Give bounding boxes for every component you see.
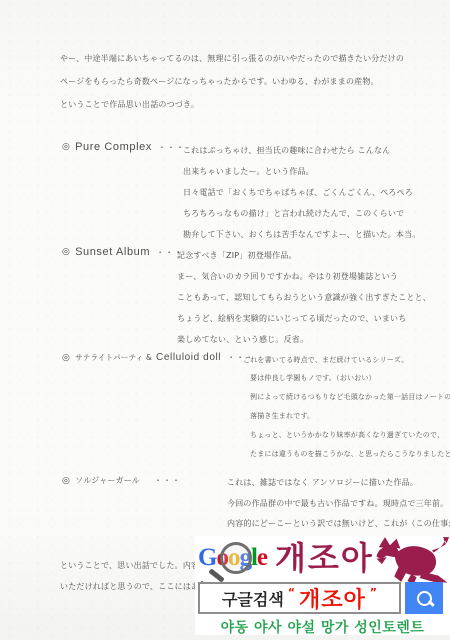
scanned-page: やー、中途半端にあいちゃってるのは、無理に引っ張るのがいやだったので描きたい分だ… [0, 0, 450, 640]
handwritten-line: 例によって続けるつもりなど毛頭なかった第一話目はノートの [250, 392, 450, 402]
search-icon [417, 591, 432, 606]
handwritten-line: 楽しめてない、という感じ。反省。 [177, 334, 308, 345]
handwritten-line: ちょっと、というかかなり妹率が高くなり過ぎていたので、 [250, 430, 444, 440]
handwritten-line: まー、気合いのカラ回りですかね。やはり初登場雑誌という [177, 271, 398, 282]
search-term: 개조아 [299, 583, 366, 614]
handwritten-line: こともあって、認知してもらおうという意識が強く出すぎたことと、 [177, 292, 431, 303]
search-button[interactable] [405, 582, 443, 614]
section-header: ◎ ソルジャーガール ・・・ [62, 475, 181, 486]
open-quote: “ [288, 586, 295, 599]
handwritten-line: 今回の作品群の中で最も古い作品ですね。現時点で三年前。 [227, 498, 448, 509]
section-marker: ◎ [62, 476, 70, 486]
section-marker: ◎ [62, 353, 70, 363]
section-title-jp: サテライトパーティ & [75, 352, 152, 363]
handwritten-line: 内容的にどーこーという訳では無いけど、これが（この仕事が） [227, 518, 450, 529]
handwritten-line: これは、雑誌ではなく アンソロジーに描いた作品。 [227, 477, 418, 488]
section-title: Pure Complex [75, 141, 152, 153]
handwritten-line: ページをもらったら奇数ページになっちゃったからです。いわゆる、わがままの産物。 [60, 76, 379, 87]
handwritten-line: 落描き生まれです。 [250, 411, 314, 421]
handwritten-line: 日々電話で「おくちでちゃぱちゃぱ、ごくんごくん、ぺろぺろ [183, 187, 413, 198]
handwritten-line: これを書いてる時点で、まだ続けているシリーズ。 [243, 355, 408, 365]
ad-keywords: 야동 야사 야설 망가 성인토렌트 [195, 617, 450, 637]
section-title: Celluloid doll [156, 352, 221, 363]
handwritten-line: いただければと思うので、ここにはあ [60, 581, 199, 592]
handwritten-line: やー、中途半端にあいちゃってるのは、無理に引っ張るのがいやだったので描きたい分だ… [60, 53, 404, 64]
section-marker: ◎ [62, 142, 70, 152]
magnifier-icon [220, 542, 252, 574]
section-header: ◎ Sunset Album ・・・ [62, 246, 183, 258]
google-logo-letter: G [198, 544, 216, 571]
handwritten-line: ちょうど、絵柄を実験的にいじってる頃だったので、いまいち [177, 313, 406, 324]
handwritten-line: 勘弁して下さい、おくちは苦手なんですよー、と描いた。本当。 [183, 229, 420, 240]
ad-site-title: 개조아 [275, 536, 374, 580]
section-header: ◎ Pure Complex ・・・ [62, 141, 185, 153]
handwritten-line: たまには違うものを描こうかな、と思ったらこうなりましたとさ。 [250, 449, 450, 459]
handwritten-line: 出来ちゃいましたー。という作品。 [183, 166, 314, 177]
search-input[interactable]: 구글검색 “ 개조아 ” [198, 582, 401, 614]
close-quote: ” [370, 586, 377, 599]
ellipsis-dots: ・・・ [154, 475, 181, 486]
ad-banner[interactable]: Google 개조아 구글검색 “ 개조아 [195, 536, 450, 635]
handwritten-line: ちろちろっなもの描け」と言われ続けたんで、このくらいで [183, 208, 404, 219]
section-title: Sunset Album [75, 246, 150, 258]
handwritten-line: これはぶっちゃけ、担当氏の趣味に合わせたら こんなん [183, 145, 390, 156]
search-label: 구글검색 [222, 587, 284, 610]
devil-mascot-icon [375, 536, 449, 586]
section-title-jp: ソルジャーガール [75, 475, 140, 486]
google-logo: Google [198, 544, 278, 584]
ellipsis-dots: ・・・ [158, 142, 185, 153]
handwritten-line: ということで、思い出話でした。内容 [60, 560, 199, 571]
handwritten-line: 要は仲良し学園もノです。（おいおい） [250, 373, 376, 383]
section-header: ◎ サテライトパーティ & Celluloid doll ・・・ [62, 352, 254, 363]
section-marker: ◎ [62, 247, 70, 257]
handwritten-line: ということで作品思い出話のつづき。 [60, 99, 199, 110]
handwritten-line: 記念すべき「ZIP」初登場作品。 [177, 250, 297, 261]
google-logo-letter: e [257, 544, 267, 571]
